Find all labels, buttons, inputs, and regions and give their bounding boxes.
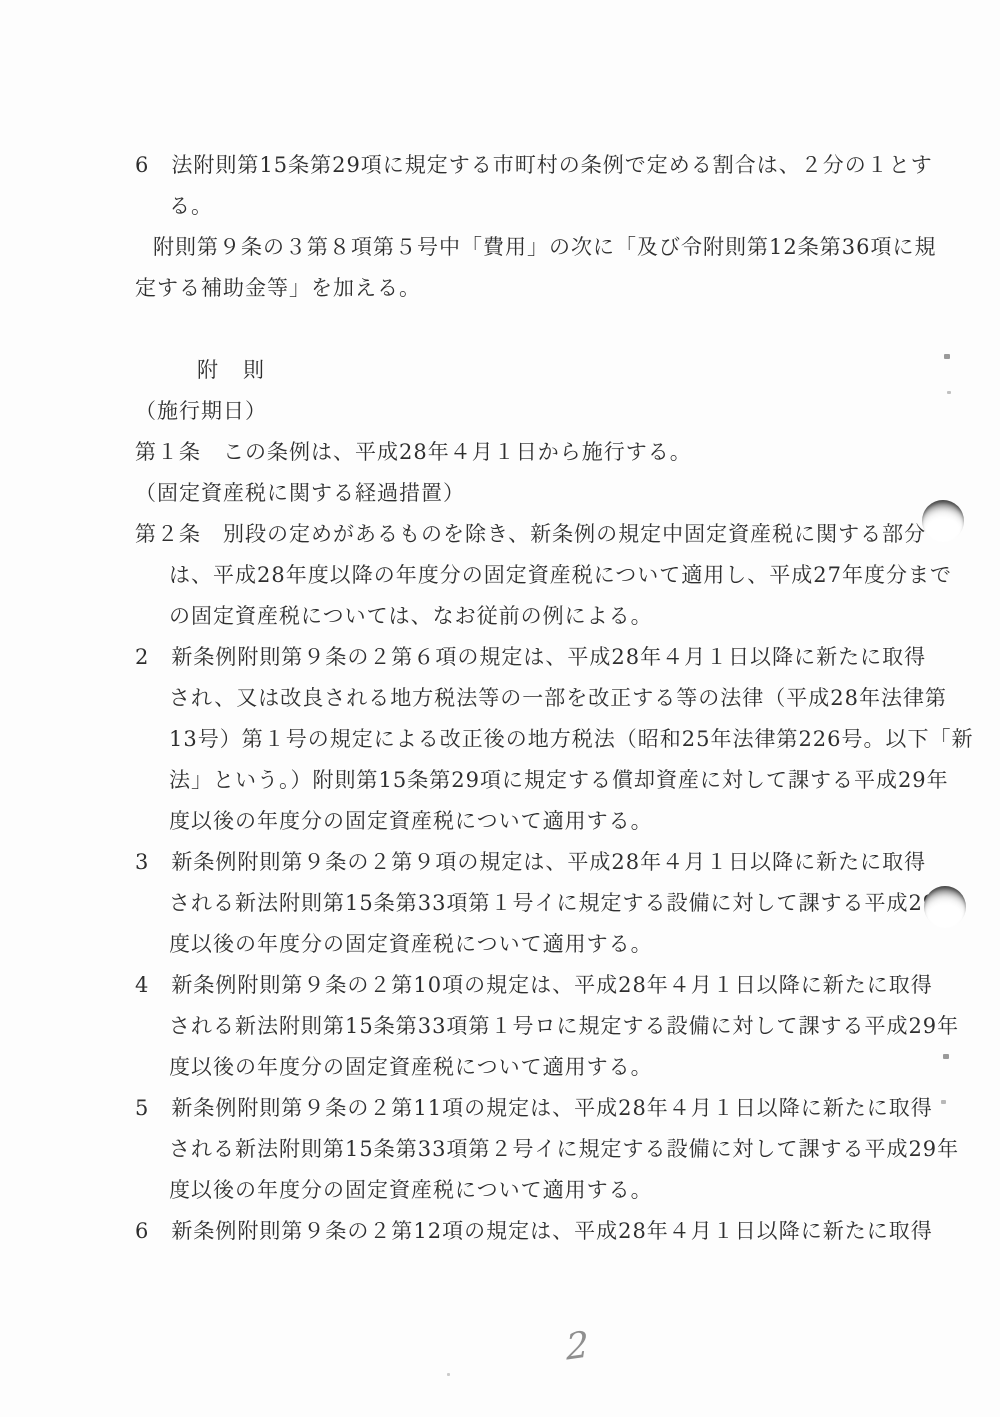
document-line: 第２条 別段の定めがあるものを除き、新条例の規定中固定資産税に関する部分 [135,514,942,555]
document-line: 度以後の年度分の固定資産税について適用する。 [135,924,942,965]
document-line: 附則第９条の３第８項第５号中「費用」の次に「及び令附則第12条第36項に規 [135,227,942,268]
scan-speck-artifact [947,391,951,394]
scan-speck-artifact [941,1100,946,1104]
document-line: 定する補助金等」を加える。 [135,268,942,309]
document-line: 6 法附則第15条第29項に規定する市町村の条例で定める割合は、２分の１とす [135,145,942,186]
scan-speck-artifact [944,354,950,359]
document-body: 6 法附則第15条第29項に規定する市町村の条例で定める割合は、２分の１とする。… [135,145,942,1252]
document-line: る。 [135,186,942,227]
document-line: 3 新条例附則第９条の２第９項の規定は、平成28年４月１日以降に新たに取得 [135,842,942,883]
document-line: （施行期日） [135,391,942,432]
document-line: 5 新条例附則第９条の２第11項の規定は、平成28年４月１日以降に新たに取得 [135,1088,942,1129]
document-line: 度以後の年度分の固定資産税について適用する。 [135,801,942,842]
document-line: 2 新条例附則第９条の２第６項の規定は、平成28年４月１日以降に新たに取得 [135,637,942,678]
document-line: の固定資産税については、なお従前の例による。 [135,596,942,637]
punch-hole-artifact [922,500,964,542]
document-line: される新法附則第15条第33項第１号ロに規定する設備に対して課する平成29年 [135,1006,942,1047]
document-line: 13号）第１号の規定による改正後の地方税法（昭和25年法律第226号。以下「新 [135,719,942,760]
document-line: 度以後の年度分の固定資産税について適用する。 [135,1047,942,1088]
document-line: 法」という。）附則第15条第29項に規定する償却資産に対して課する平成29年 [135,760,942,801]
punch-hole-artifact [924,886,966,928]
blank-line [135,309,942,350]
scanned-document-page: 6 法附則第15条第29項に規定する市町村の条例で定める割合は、２分の１とする。… [0,0,1000,1417]
document-line: 6 新条例附則第９条の２第12項の規定は、平成28年４月１日以降に新たに取得 [135,1211,942,1252]
document-line: され、又は改良される地方税法等の一部を改正する等の法律（平成28年法律第 [135,678,942,719]
document-line: 第１条 この条例は、平成28年４月１日から施行する。 [135,432,942,473]
scan-speck-artifact [943,1054,949,1059]
document-line: は、平成28年度以降の年度分の固定資産税について適用し、平成27年度分まで [135,555,942,596]
document-line: 度以後の年度分の固定資産税について適用する。 [135,1170,942,1211]
document-line: 4 新条例附則第９条の２第10項の規定は、平成28年４月１日以降に新たに取得 [135,965,942,1006]
document-line: 附 則 [135,350,942,391]
scan-speck-artifact [447,1373,450,1376]
document-line: される新法附則第15条第33項第１号イに規定する設備に対して課する平成29年 [135,883,942,924]
document-line: される新法附則第15条第33項第２号イに規定する設備に対して課する平成29年 [135,1129,942,1170]
handwritten-page-number: 2 [565,1324,589,1368]
document-line: （固定資産税に関する経過措置） [135,473,942,514]
